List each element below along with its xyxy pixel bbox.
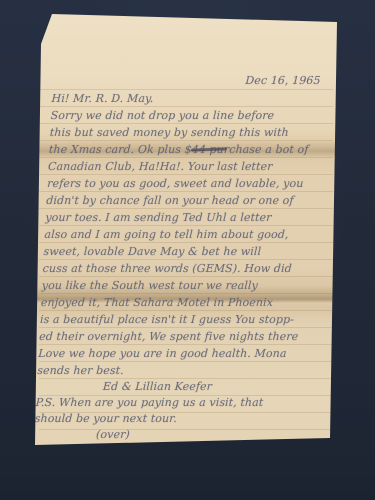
letter-line: also and I am going to tell him about go… — [44, 226, 323, 243]
ps-line: P.S. When are you paying us a visit, tha… — [35, 395, 314, 411]
letter-line: this but saved money by sending this wit… — [49, 124, 328, 141]
letter-signature: Ed & Lillian Keefer — [36, 379, 279, 395]
letter-body: Dec 16, 1965 Hi! Mr. R. D. May. Sorry we… — [34, 72, 331, 442]
letter-line: refers to you as good, sweet and lovable… — [47, 175, 326, 192]
letter-line: ed their overnight, We spent five nights… — [39, 328, 318, 345]
letter-date: Dec 16, 1965 — [52, 72, 331, 90]
letter-line: Canadian Club, Ha!Ha!. Your last letter — [48, 158, 327, 175]
letter-line: sweet, lovable Dave May & bet he will — [43, 243, 322, 260]
letter-salutation: Hi! Mr. R. D. May. — [51, 90, 330, 107]
letter-photo-background: Dec 16, 1965 Hi! Mr. R. D. May. Sorry we… — [0, 0, 375, 500]
letter-line: the Xmas card. Ok plus $44 purchase a bo… — [48, 141, 327, 158]
letter-line: is a beautiful place isn't it I guess Yo… — [40, 311, 319, 328]
letter-line: enjoyed it, That Sahara Motel in Phoenix — [40, 294, 319, 311]
letter-line: cuss at those three words (GEMS). How di… — [42, 260, 321, 277]
over-note: (over) — [34, 427, 193, 442]
letter-line: Love we hope you are in good health. Mon… — [38, 345, 317, 362]
letter-line: you like the South west tour we really — [41, 277, 320, 294]
ps-line: should be your next tour. — [34, 411, 313, 427]
letter-line: Sorry we did not drop you a line before — [50, 107, 329, 124]
letter-line: your toes. I am sending Ted Uhl a letter — [45, 209, 324, 226]
letter-line: sends her best. — [37, 362, 316, 379]
letter-paper: Dec 16, 1965 Hi! Mr. R. D. May. Sorry we… — [35, 14, 338, 446]
letter-line: didn't by chance fall on your head or on… — [46, 192, 325, 209]
